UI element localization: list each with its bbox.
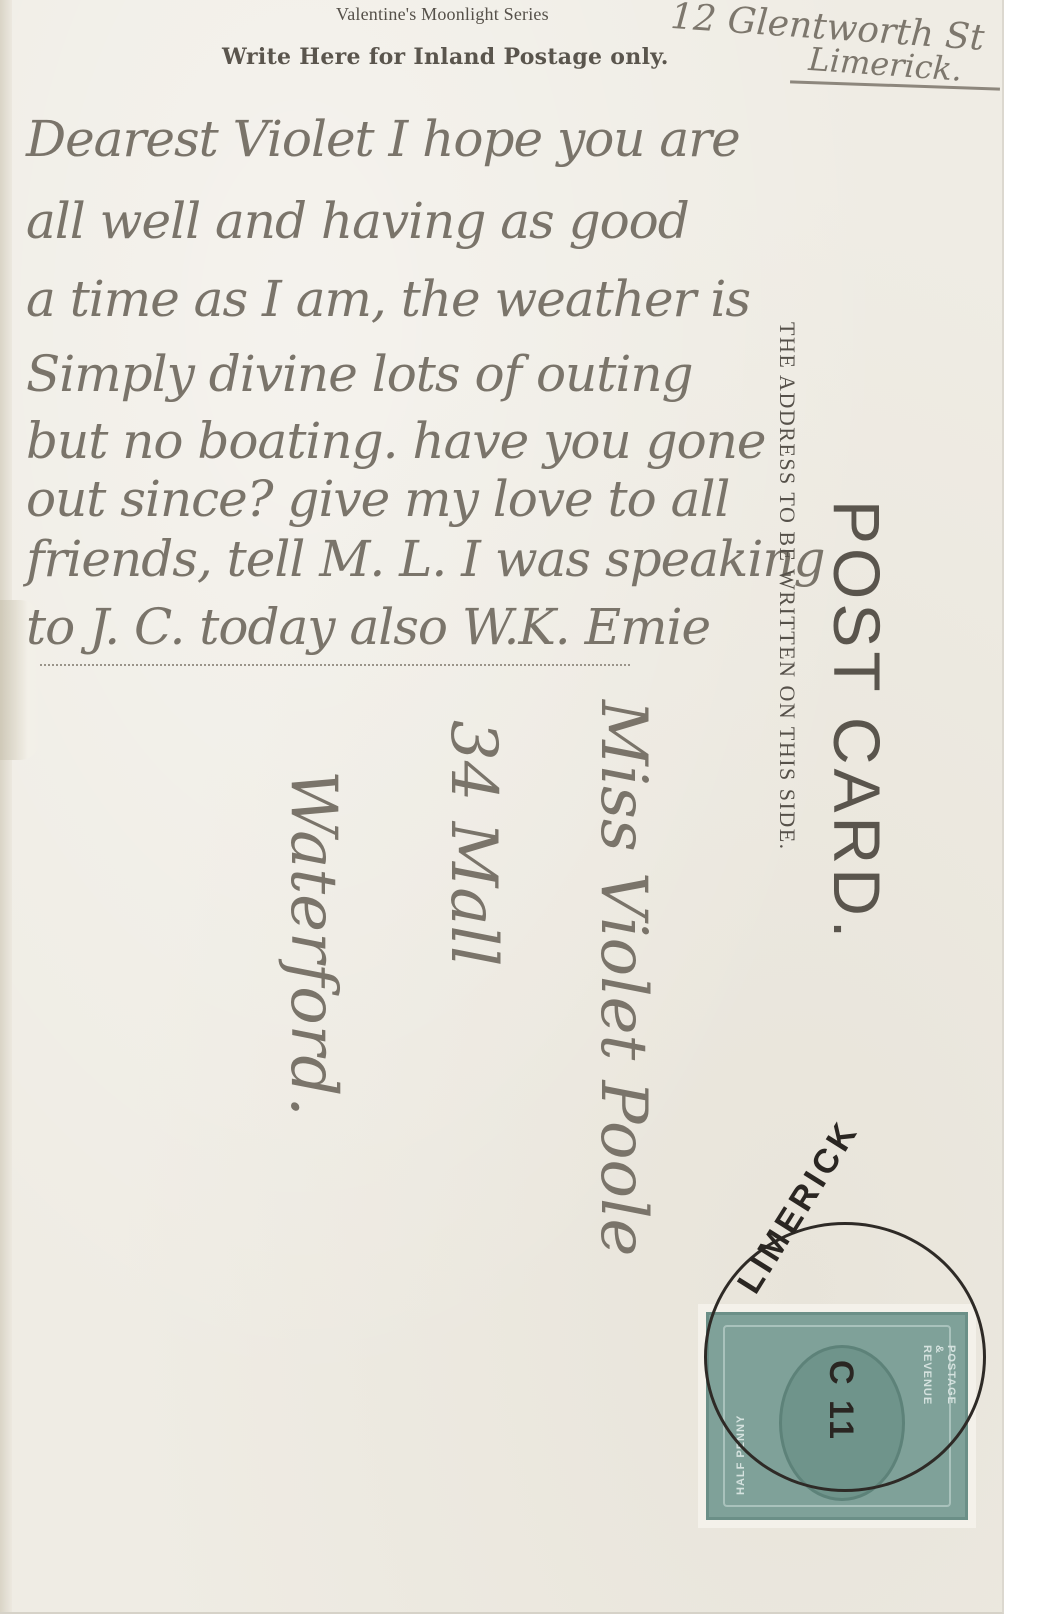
recipient-name: Miss Violet Poole <box>586 700 660 1256</box>
publisher-series: Valentine's Moonlight Series <box>336 4 549 25</box>
address-notice: THE ADDRESS TO BE WRITTEN ON THIS SIDE. <box>774 322 800 851</box>
message-line: a time as I am, the weather is <box>26 270 750 328</box>
recipient-street: 34 Mall <box>436 720 510 966</box>
postage-instruction: Write Here for Inland Postage only. <box>222 44 669 70</box>
message-line: to J. C. today also W.K. Emie <box>26 598 710 656</box>
card-left-edge <box>0 0 12 1612</box>
recipient-town: Waterford. <box>276 770 350 1117</box>
message-line: all well and having as good <box>26 192 689 250</box>
message-line: Simply divine lots of outing <box>26 345 693 403</box>
message-line: but no boating. have you gone <box>26 412 765 470</box>
message-line: out since? give my love to all <box>26 470 729 528</box>
postmark-date: C 11 <box>821 1360 860 1442</box>
message-line: Dearest Violet I hope you are <box>26 110 740 168</box>
postcard-back: Valentine's Moonlight Series Write Here … <box>0 0 1004 1614</box>
postcard-title: POST CARD. <box>819 500 895 942</box>
section-divider <box>40 664 630 666</box>
message-line: friends, tell M. L. I was speaking <box>26 530 825 588</box>
